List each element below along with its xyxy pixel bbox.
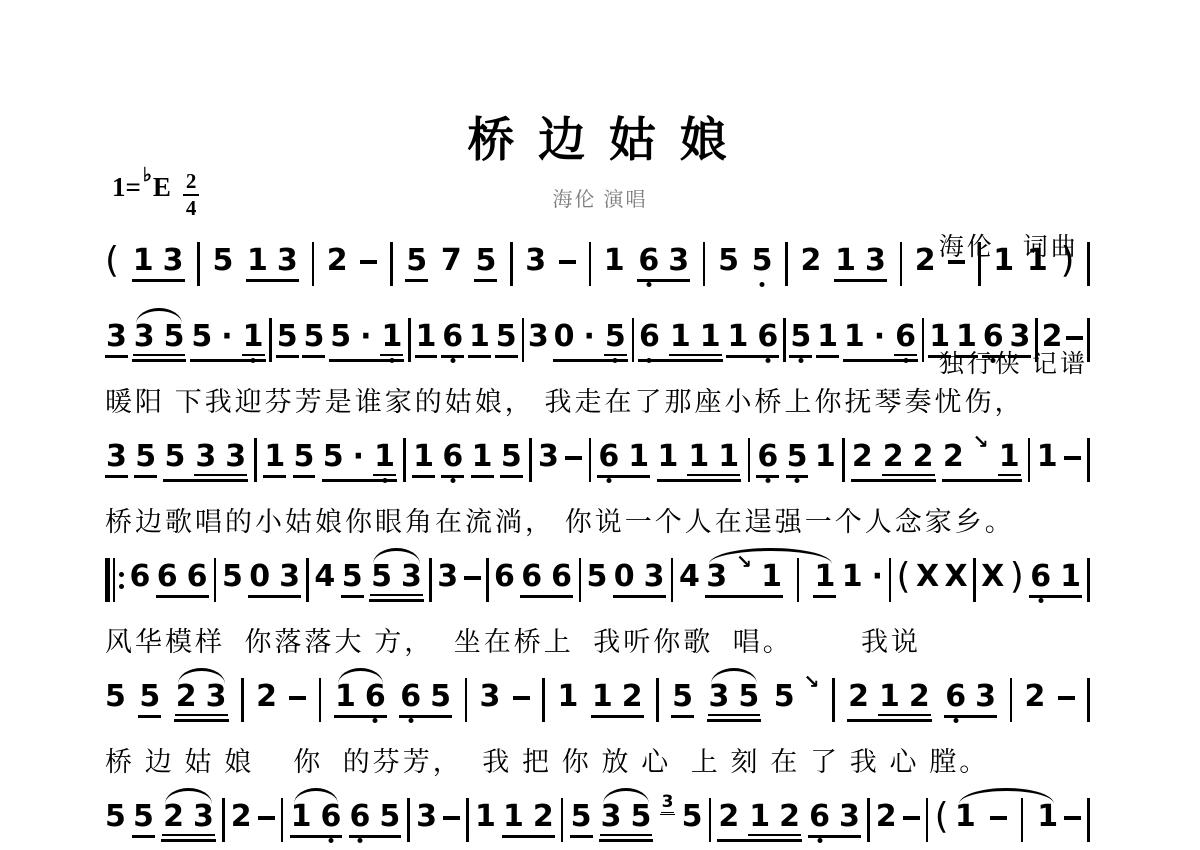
barline xyxy=(510,242,513,286)
note-digit: 1 xyxy=(658,442,679,472)
note-digit: 6 xyxy=(757,442,778,472)
note-digit: 5 xyxy=(571,802,592,832)
beam-group: 5 xyxy=(132,802,155,838)
barline xyxy=(589,242,592,286)
barline xyxy=(1087,318,1090,362)
note-cluster: 1 xyxy=(475,802,496,832)
note-digit: 3 xyxy=(416,802,437,832)
note-cluster: 23 xyxy=(161,802,216,842)
parenthesis: ( xyxy=(105,243,119,279)
note-cluster: 1 xyxy=(557,682,578,712)
barline xyxy=(973,558,976,602)
note-digit: 5 xyxy=(105,682,126,712)
note-cluster: 6 xyxy=(982,322,1005,358)
beam-group: 03 xyxy=(248,562,301,598)
barline xyxy=(466,798,469,842)
parenthesis: ) xyxy=(1060,243,1074,279)
beam-group: 1 xyxy=(263,442,286,478)
beam-group: 533 xyxy=(163,442,248,482)
barline xyxy=(403,438,406,482)
note-digit: 6 xyxy=(945,682,966,712)
notation-row: 3355·1555·1161530·561116511·611632 xyxy=(105,322,1090,370)
barline xyxy=(1087,438,1090,482)
note-digit: 1 xyxy=(817,322,838,352)
beam-group: 1 xyxy=(415,322,438,358)
beam-group: 1 xyxy=(242,322,265,356)
barline xyxy=(269,318,272,362)
barline xyxy=(561,798,564,842)
beam-group: 5 xyxy=(134,442,157,478)
barline xyxy=(709,798,712,842)
note-digit: 1 xyxy=(955,802,976,832)
note-digit: 2 xyxy=(800,246,821,276)
note-cluster: 5 xyxy=(105,682,126,712)
score-line: 552321665311253535212632(11 xyxy=(105,802,1090,850)
slide-arrow-icon: ↘ xyxy=(804,673,820,692)
beam-group: 3↘1 xyxy=(705,562,783,598)
barline xyxy=(671,558,674,602)
note-cluster: 5 xyxy=(752,246,773,276)
tie-arc: 16 xyxy=(334,682,387,718)
note-digit: 3 xyxy=(437,562,458,592)
note-digit: 1 xyxy=(815,442,836,472)
beam-group: 5 xyxy=(138,682,161,718)
note-digit: 1 xyxy=(472,442,493,472)
note-cluster: 6 xyxy=(129,562,150,592)
barline xyxy=(542,678,545,722)
note-digit: 0 xyxy=(614,562,635,592)
note-cluster: 1 xyxy=(955,802,976,832)
note-digit: 5 xyxy=(790,322,811,352)
note-digit: 3 xyxy=(709,682,730,712)
grace-note: 3 xyxy=(660,794,676,815)
note-digit: 2 xyxy=(852,442,873,472)
barline xyxy=(1087,678,1090,722)
barline xyxy=(1087,242,1090,286)
parenthesis: ( xyxy=(935,799,949,835)
note-digit: 6 xyxy=(1030,562,1051,592)
note-cluster: 3 xyxy=(105,442,128,478)
beam-group: 6 xyxy=(756,442,779,478)
note-cluster: 12 xyxy=(591,682,644,718)
note-cluster: 0·5 xyxy=(553,322,628,362)
barline xyxy=(197,242,200,286)
note-cluster: 53 xyxy=(369,562,424,602)
duration-dash xyxy=(464,576,481,580)
lyrics-row: 暖阳 下我迎芬芳是谁家的姑娘， 我走在了那座小桥上你抚琴奏忧伤， xyxy=(105,380,1090,419)
barline xyxy=(465,678,468,722)
beam-group: 12 xyxy=(748,802,801,836)
note-digit: 1 xyxy=(956,322,977,352)
beam-group: 35 xyxy=(708,682,761,716)
beam-group: 611 xyxy=(638,322,723,362)
beam-group: 12 xyxy=(591,682,644,718)
note-digit: 3 xyxy=(279,562,300,592)
beam-group: 5 xyxy=(293,442,316,478)
beam-group: 1 xyxy=(468,322,491,358)
duration-dash xyxy=(513,696,530,700)
beam-group: 23 xyxy=(162,802,215,836)
note-digit: 1 xyxy=(291,802,312,832)
note-cluster: 611 xyxy=(638,322,723,362)
note-cluster: 03 xyxy=(613,562,666,598)
beam-group: 11 xyxy=(669,322,722,356)
note-cluster: 5 xyxy=(276,322,299,358)
beam-group: 5 xyxy=(786,442,809,478)
note-cluster: 5 xyxy=(302,322,325,358)
note-digit: 6 xyxy=(400,682,421,712)
note-cluster: 5 xyxy=(682,802,703,832)
note-digit: 3 xyxy=(206,682,227,712)
lyrics-row: 桥边歌唱的小姑娘你眼角在流淌， 你说一个人在逞强一个人念家乡。 xyxy=(105,500,1090,539)
note-cluster: 6 xyxy=(441,322,464,358)
tie-arc: 16 xyxy=(290,802,343,838)
beam-group: 1 xyxy=(380,322,403,356)
note-digit: 1 xyxy=(761,562,782,592)
note-digit: 1 xyxy=(374,442,395,472)
note-digit: 1 xyxy=(718,442,739,472)
barline xyxy=(312,242,315,286)
beam-group: 12 xyxy=(878,682,931,716)
barline xyxy=(703,242,706,286)
duration-dash xyxy=(1064,456,1081,460)
beam-group: 35 xyxy=(132,322,187,362)
note-digit: 6 xyxy=(757,322,778,352)
beam-group: 03 xyxy=(613,562,666,598)
note-digit: 1 xyxy=(557,682,578,712)
score-line: 55232166531125355↘212632桥 边 姑 娘 你 的芬芳， 我… xyxy=(105,682,1090,779)
note-cluster: 1 xyxy=(1037,802,1058,832)
duration-dash xyxy=(443,816,460,820)
barline xyxy=(408,318,411,362)
note-digit: 6 xyxy=(350,802,371,832)
note-digit: 5 xyxy=(586,562,607,592)
barline xyxy=(222,798,225,842)
duration-dash xyxy=(360,260,377,264)
note-cluster: 1 xyxy=(412,442,435,478)
score-line: 3355·1555·1161530·561116511·611632暖阳 下我迎… xyxy=(105,322,1090,419)
duration-dash xyxy=(559,260,576,264)
note-digit: 1 xyxy=(749,802,770,832)
beam-group: 13 xyxy=(246,246,299,282)
note-cluster: 5 xyxy=(586,562,607,592)
note-digit: 5 xyxy=(682,802,703,832)
note-cluster: 3↘1 xyxy=(705,562,783,598)
note-digit: 6 xyxy=(809,802,830,832)
beam-group: 5 xyxy=(474,246,497,282)
note-digit: 2 xyxy=(327,246,348,276)
note-digit: 3 xyxy=(668,246,689,276)
note-digit: 5 xyxy=(191,322,212,352)
note-digit: 5 xyxy=(133,802,154,832)
barline xyxy=(656,678,659,722)
note-digit: 2 xyxy=(1025,682,1046,712)
note-cluster: 5 xyxy=(341,562,364,598)
beam-group: 6 xyxy=(982,322,1005,358)
beam-group: 61 xyxy=(1029,562,1082,598)
note-cluster: 2 xyxy=(1042,322,1063,352)
note-cluster: 3 xyxy=(416,802,437,832)
note-cluster: 5·1 xyxy=(322,442,397,482)
note-cluster: 16 xyxy=(334,682,387,718)
barline xyxy=(486,558,489,602)
beam-group: 6 xyxy=(441,442,464,478)
augmentation-dot: · xyxy=(221,322,232,352)
augmentation-dot: · xyxy=(874,322,885,352)
note-digit: 2 xyxy=(909,682,930,712)
note-digit: 3 xyxy=(193,802,214,832)
barline xyxy=(407,798,410,842)
beam-group: 13 xyxy=(834,246,887,282)
note-cluster: 3 xyxy=(528,322,549,352)
barline xyxy=(319,678,322,722)
note-digit: 3 xyxy=(839,802,860,832)
note-cluster: 1 xyxy=(813,562,836,598)
note-cluster: 1 xyxy=(468,322,491,358)
barline xyxy=(783,318,786,362)
note-digit: 1 xyxy=(879,682,900,712)
note-digit: 1 xyxy=(247,246,268,276)
note-cluster: 4 xyxy=(314,562,335,592)
note-cluster: 03 xyxy=(248,562,301,598)
note-cluster: 111 xyxy=(657,442,742,482)
tie-arc: 3↘11 xyxy=(705,562,836,602)
note-cluster: 66 xyxy=(156,562,209,598)
barline xyxy=(1028,438,1031,482)
note-cluster: 63 xyxy=(944,682,997,718)
note-cluster: 16 xyxy=(290,802,343,838)
note-digit: 3 xyxy=(106,442,127,472)
barline xyxy=(900,242,903,286)
note-cluster: 35 xyxy=(132,322,187,362)
note-cluster: 1 xyxy=(471,442,494,478)
note-digit: 5 xyxy=(294,442,315,472)
note-digit: 3 xyxy=(225,442,246,472)
note-cluster: 1 xyxy=(415,322,438,358)
note-cluster: 61 xyxy=(1029,562,1082,598)
note-cluster: 3 xyxy=(437,562,458,592)
note-cluster: 2 xyxy=(256,682,277,712)
note-digit: 3 xyxy=(601,802,622,832)
beam-group: 5 xyxy=(789,322,812,358)
note-digit: 3 xyxy=(106,322,127,352)
note-cluster: 65 xyxy=(349,802,402,838)
beam-group: 5 xyxy=(341,562,364,598)
beam-group: 5 xyxy=(495,322,518,358)
note-digit: 2 xyxy=(718,802,739,832)
note-cluster: 1 xyxy=(604,246,625,276)
note-digit: 1 xyxy=(475,802,496,832)
beam-group: 53 xyxy=(369,562,424,602)
beam-group: 66 xyxy=(520,562,573,598)
note-cluster: X xyxy=(981,562,1004,592)
note-digit: 5 xyxy=(330,322,351,352)
note-digit: 1 xyxy=(835,246,856,276)
note-cluster: 5↘ xyxy=(774,682,820,712)
duration-dash xyxy=(565,456,582,460)
beam-group: 1 xyxy=(471,442,494,478)
note-digit: 1 xyxy=(929,322,950,352)
notation-row: (135132575316355213211) xyxy=(105,246,1090,294)
note-cluster: 5 xyxy=(495,322,518,358)
note-digit: 3 xyxy=(525,246,546,276)
note-cluster: 4 xyxy=(679,562,700,592)
score-line: 6665034553366650343↘111·(XXX)61风华模样 你落落大… xyxy=(105,562,1090,659)
note-cluster: 5 xyxy=(138,682,161,718)
barline xyxy=(832,678,835,722)
barline xyxy=(390,242,393,286)
note-cluster: 2 xyxy=(876,802,897,832)
note-digit: 6 xyxy=(521,562,542,592)
beam-group: 3 xyxy=(105,322,128,358)
beam-group: 63 xyxy=(944,682,997,718)
beam-group: 16 xyxy=(290,802,343,838)
slide-arrow-icon: ↘ xyxy=(973,433,989,452)
beam-group: 5 xyxy=(570,802,593,838)
note-digit: 1 xyxy=(688,442,709,472)
beam-group: 63 xyxy=(637,246,690,282)
beam-group: 16 xyxy=(726,322,779,358)
parenthesis: ( xyxy=(896,559,910,595)
tie-arc: 35 xyxy=(132,322,187,362)
note-cluster: 5 xyxy=(500,442,523,478)
note-digit: 5 xyxy=(787,442,808,472)
note-cluster: 5 xyxy=(293,442,316,478)
note-cluster: 1· xyxy=(842,562,883,592)
beam-group: 3 xyxy=(105,442,128,478)
duration-dash xyxy=(948,260,965,264)
note-digit: 6 xyxy=(638,246,659,276)
repeat-dot xyxy=(119,584,124,589)
note-cluster: 1 xyxy=(263,442,286,478)
duration-dash xyxy=(289,696,306,700)
note-digit: 1 xyxy=(814,562,835,592)
notation-row: 6665034553366650343↘111·(XXX)61 xyxy=(105,562,1090,610)
sheet-music-page: 1=♭E 2 4 桥 边 姑 娘 海伦 演唱 海伦 词曲 独行侠 记谱 (135… xyxy=(0,0,1200,850)
note-digit: 1 xyxy=(469,322,490,352)
note-cluster: 3 xyxy=(105,322,128,358)
beam-group: 35 xyxy=(707,682,762,722)
note-cluster: 63 xyxy=(808,802,861,838)
note-cluster: 533 xyxy=(163,442,248,482)
note-digit: 6 xyxy=(187,562,208,592)
notation-row: 35533155·116153611116512222↘11 xyxy=(105,442,1090,490)
note-cluster: 3 xyxy=(538,442,559,472)
note-cluster: 5·1 xyxy=(190,322,265,362)
note-digit: 5 xyxy=(718,246,739,276)
beam-group: 3 xyxy=(661,794,675,813)
barline xyxy=(589,438,592,482)
notation-row: 552321665311253535212632(11 xyxy=(105,802,1090,850)
beam-group: 35 xyxy=(599,802,654,842)
note-digit: 1 xyxy=(335,682,356,712)
note-cluster: 6 xyxy=(494,562,515,592)
note-digit: 1 xyxy=(727,322,748,352)
beam-group: 35 xyxy=(600,802,653,836)
note-digit: 5 xyxy=(105,802,126,832)
beam-group: 5·1 xyxy=(190,322,265,362)
note-digit: 3 xyxy=(1009,322,1030,352)
beam-group: 23 xyxy=(175,682,228,716)
note-digit: 5 xyxy=(406,246,427,276)
beam-group: 0·5 xyxy=(553,322,628,362)
note-digit: 1 xyxy=(243,322,264,352)
note-digit: 2 xyxy=(231,802,252,832)
note-digit: 1 xyxy=(604,246,625,276)
note-digit: 2 xyxy=(176,682,197,712)
note-digit: 6 xyxy=(320,802,341,832)
note-digit: 2 xyxy=(913,442,934,472)
beam-group: 222 xyxy=(851,442,936,482)
barline xyxy=(978,242,981,286)
note-cluster: 13 xyxy=(834,246,887,282)
note-digit: 1 xyxy=(844,322,865,352)
note-cluster: 1 xyxy=(816,322,839,358)
note-digit: 1 xyxy=(670,322,691,352)
beam-group: 3 xyxy=(660,794,676,815)
duration-dash xyxy=(903,816,920,820)
note-cluster: 35 xyxy=(707,682,762,722)
note-cluster: X xyxy=(916,562,939,592)
note-digit: 5 xyxy=(135,442,156,472)
note-digit: 1 xyxy=(264,442,285,472)
note-cluster: 7 xyxy=(441,246,462,276)
note-digit: X xyxy=(916,562,939,592)
beam-group: 61 xyxy=(597,442,650,478)
parenthesis: ) xyxy=(1010,559,1024,595)
note-cluster: 3 xyxy=(525,246,546,276)
barline xyxy=(926,798,929,842)
note-cluster: 1 xyxy=(1027,246,1048,276)
beam-group: 212 xyxy=(717,802,802,842)
note-cluster: 65 xyxy=(399,682,452,718)
note-digit: 5 xyxy=(475,246,496,276)
note-cluster: 35 xyxy=(599,802,654,842)
note-digit: 3 xyxy=(538,442,559,472)
slide-arrow-icon: ↘ xyxy=(736,553,752,572)
note-digit: 5 xyxy=(496,322,517,352)
barline xyxy=(522,318,525,362)
note-digit: 1 xyxy=(592,682,613,712)
note-digit: 5 xyxy=(277,322,298,352)
note-digit: 1 xyxy=(1027,246,1048,276)
note-cluster: 2 xyxy=(915,246,936,276)
note-digit: 0 xyxy=(554,322,575,352)
note-cluster: 5·1 xyxy=(329,322,404,362)
note-digit: 1 xyxy=(416,322,437,352)
note-digit: 5 xyxy=(774,682,795,712)
note-cluster: 5 xyxy=(789,322,812,358)
note-digit: 3 xyxy=(195,442,216,472)
barline xyxy=(922,318,925,362)
note-digit: X xyxy=(945,562,968,592)
note-digit: 5 xyxy=(222,562,243,592)
beam-group: 5 xyxy=(604,322,627,356)
beam-group: 212 xyxy=(847,682,932,722)
note-digit: 2 xyxy=(163,802,184,832)
tie-arc: 35 xyxy=(707,682,762,722)
note-cluster: 63 xyxy=(637,246,690,282)
note-cluster: 1 xyxy=(993,246,1014,276)
note-digit: 2 xyxy=(779,802,800,832)
beam-group: 5 xyxy=(500,442,523,478)
note-digit: 6 xyxy=(983,322,1004,352)
note-digit: 1 xyxy=(413,442,434,472)
barline xyxy=(579,558,582,602)
beam-group: 5·1 xyxy=(329,322,404,362)
tie-arc: 53 xyxy=(369,562,424,602)
tie-arc: 23 xyxy=(174,682,229,722)
